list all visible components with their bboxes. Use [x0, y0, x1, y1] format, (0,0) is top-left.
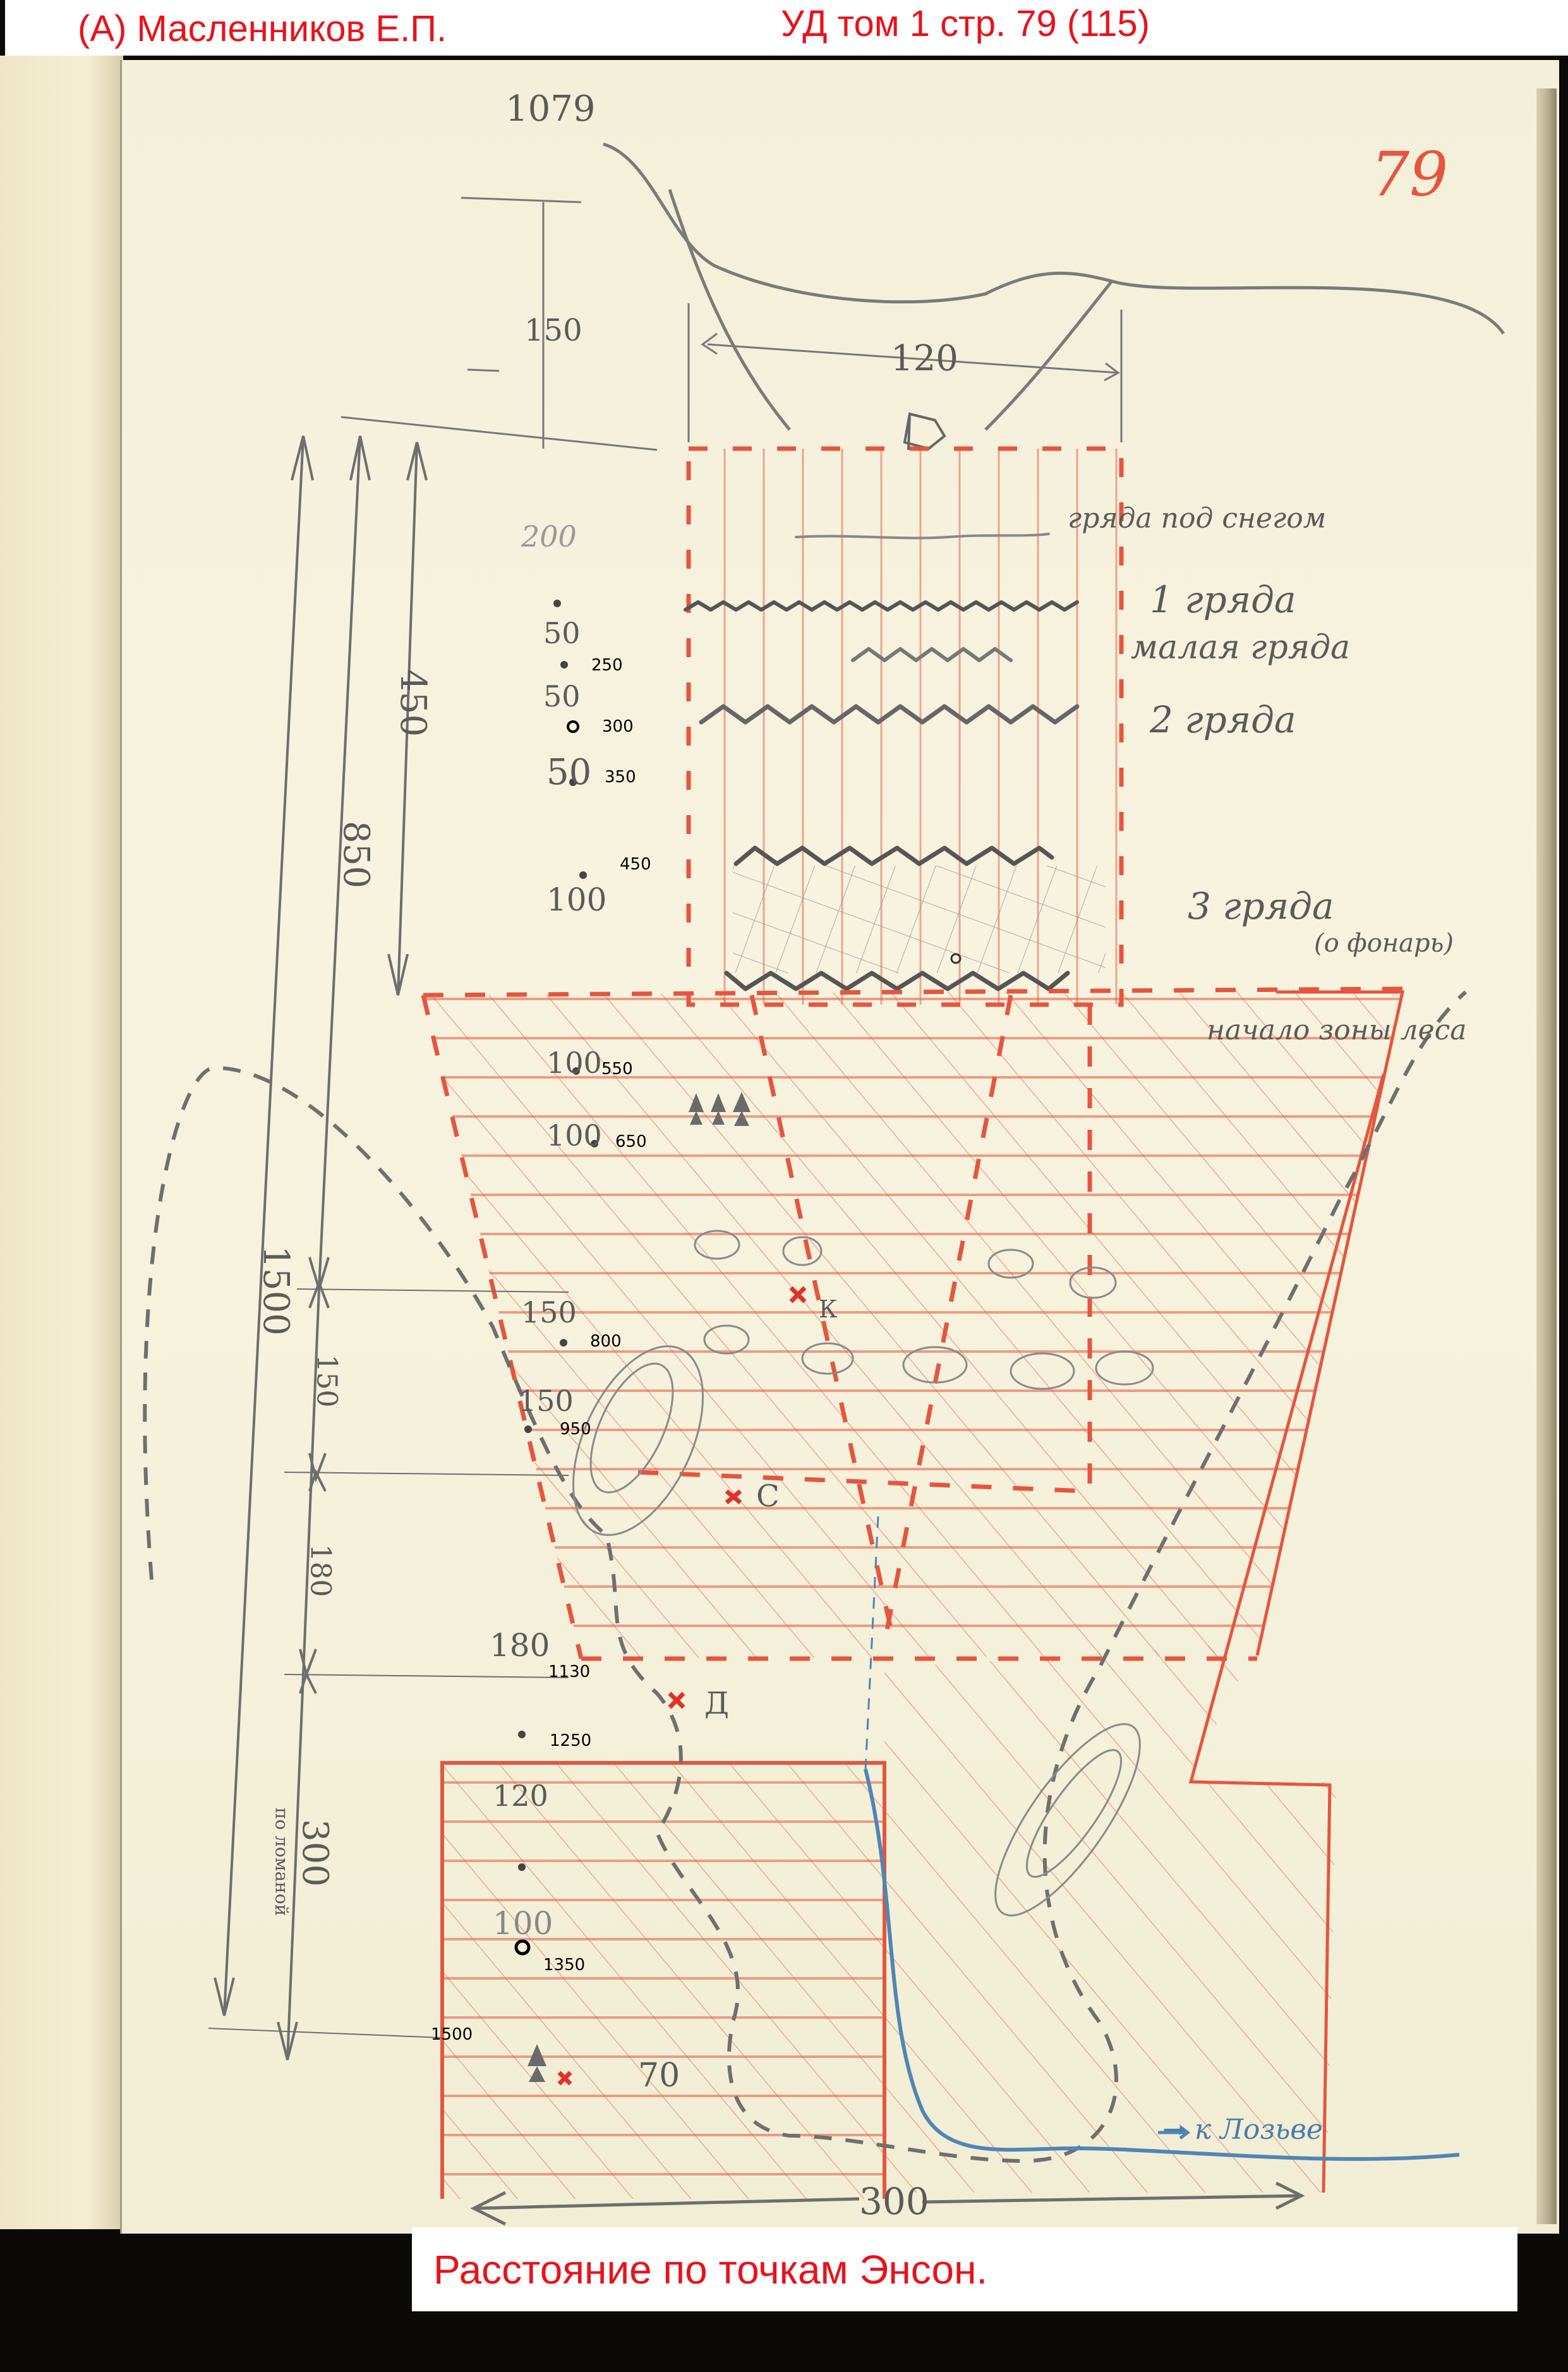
- legend-ridge-1: 1 гряда: [1150, 578, 1296, 621]
- marker-950: 950: [560, 1420, 591, 1439]
- dim-bottom-300: 300: [859, 2180, 929, 2223]
- point-k: К: [819, 1295, 837, 1323]
- dim-seg-180: 180: [304, 1544, 336, 1597]
- dim-seg-300-note: по ломаной: [271, 1808, 292, 1916]
- segment-pencil-2: 50: [543, 679, 581, 713]
- height-dim-150: 150: [524, 313, 582, 348]
- dim-850: 850: [335, 821, 377, 888]
- footer-banner: Расстояние по точкам Энсон.: [412, 2227, 1517, 2311]
- river-label: → к Лозьве: [1162, 2114, 1323, 2146]
- legend-small-ridge: малая гряда: [1131, 629, 1350, 667]
- segment-pencil-0: 200: [521, 519, 577, 554]
- segment-pencil-9: 180: [490, 1627, 550, 1664]
- segment-pencil-3: 50: [546, 752, 591, 793]
- segment-pencil-5: 100: [546, 1046, 602, 1080]
- segment-pencil-10: 120: [493, 1779, 548, 1813]
- dim-seg-150: 150: [310, 1355, 342, 1408]
- segment-pencil-7: 150: [521, 1295, 577, 1329]
- legend-ridge-2: 2 гряда: [1150, 698, 1296, 741]
- marker-350: 350: [605, 768, 636, 787]
- marker-800: 800: [590, 1332, 622, 1351]
- sketch-map: [0, 0, 1568, 2372]
- dim-seg-300: 300: [294, 1819, 335, 1887]
- marker-250: 250: [591, 656, 623, 675]
- dim-450: 450: [392, 669, 433, 737]
- elevation-label: 1079: [505, 88, 596, 130]
- segment-pencil-8: 150: [518, 1384, 574, 1418]
- segment-pencil-11: 100: [493, 1905, 553, 1942]
- legend-ridge-3-note: (о фонарь): [1314, 929, 1454, 958]
- footer-caption: Расстояние по точкам Энсон.: [433, 2246, 987, 2293]
- marker-300: 300: [602, 717, 634, 736]
- legend-forest-start: начало зоны леса: [1207, 1014, 1467, 1046]
- legend-ridge-under-snow: гряда под снегом: [1068, 502, 1326, 535]
- tent-icon: [905, 414, 944, 450]
- marker-650: 650: [615, 1132, 647, 1151]
- marker-1250: 1250: [550, 1731, 591, 1750]
- marker-1350: 1350: [543, 1956, 585, 1975]
- legend-ridge-3: 3 гряда: [1188, 885, 1334, 928]
- point-d: Д: [704, 1686, 729, 1721]
- marker-1130: 1130: [548, 1662, 590, 1681]
- marker-550: 550: [601, 1060, 633, 1079]
- marker-1500: 1500: [431, 2025, 473, 2044]
- ridge-3-hatch: [733, 866, 1106, 973]
- width-dim-120: 120: [891, 338, 958, 379]
- point-s: С: [756, 1479, 780, 1514]
- page-number: 79: [1371, 139, 1448, 210]
- segment-pencil-4: 100: [546, 881, 606, 918]
- terrain-profile: [603, 144, 1504, 430]
- segment-pencil-6: 100: [546, 1118, 602, 1153]
- dim-1500: 1500: [255, 1245, 296, 1336]
- segment-pencil-1: 50: [543, 616, 581, 650]
- dim-70: 70: [638, 2057, 680, 2095]
- marker-450: 450: [620, 855, 651, 874]
